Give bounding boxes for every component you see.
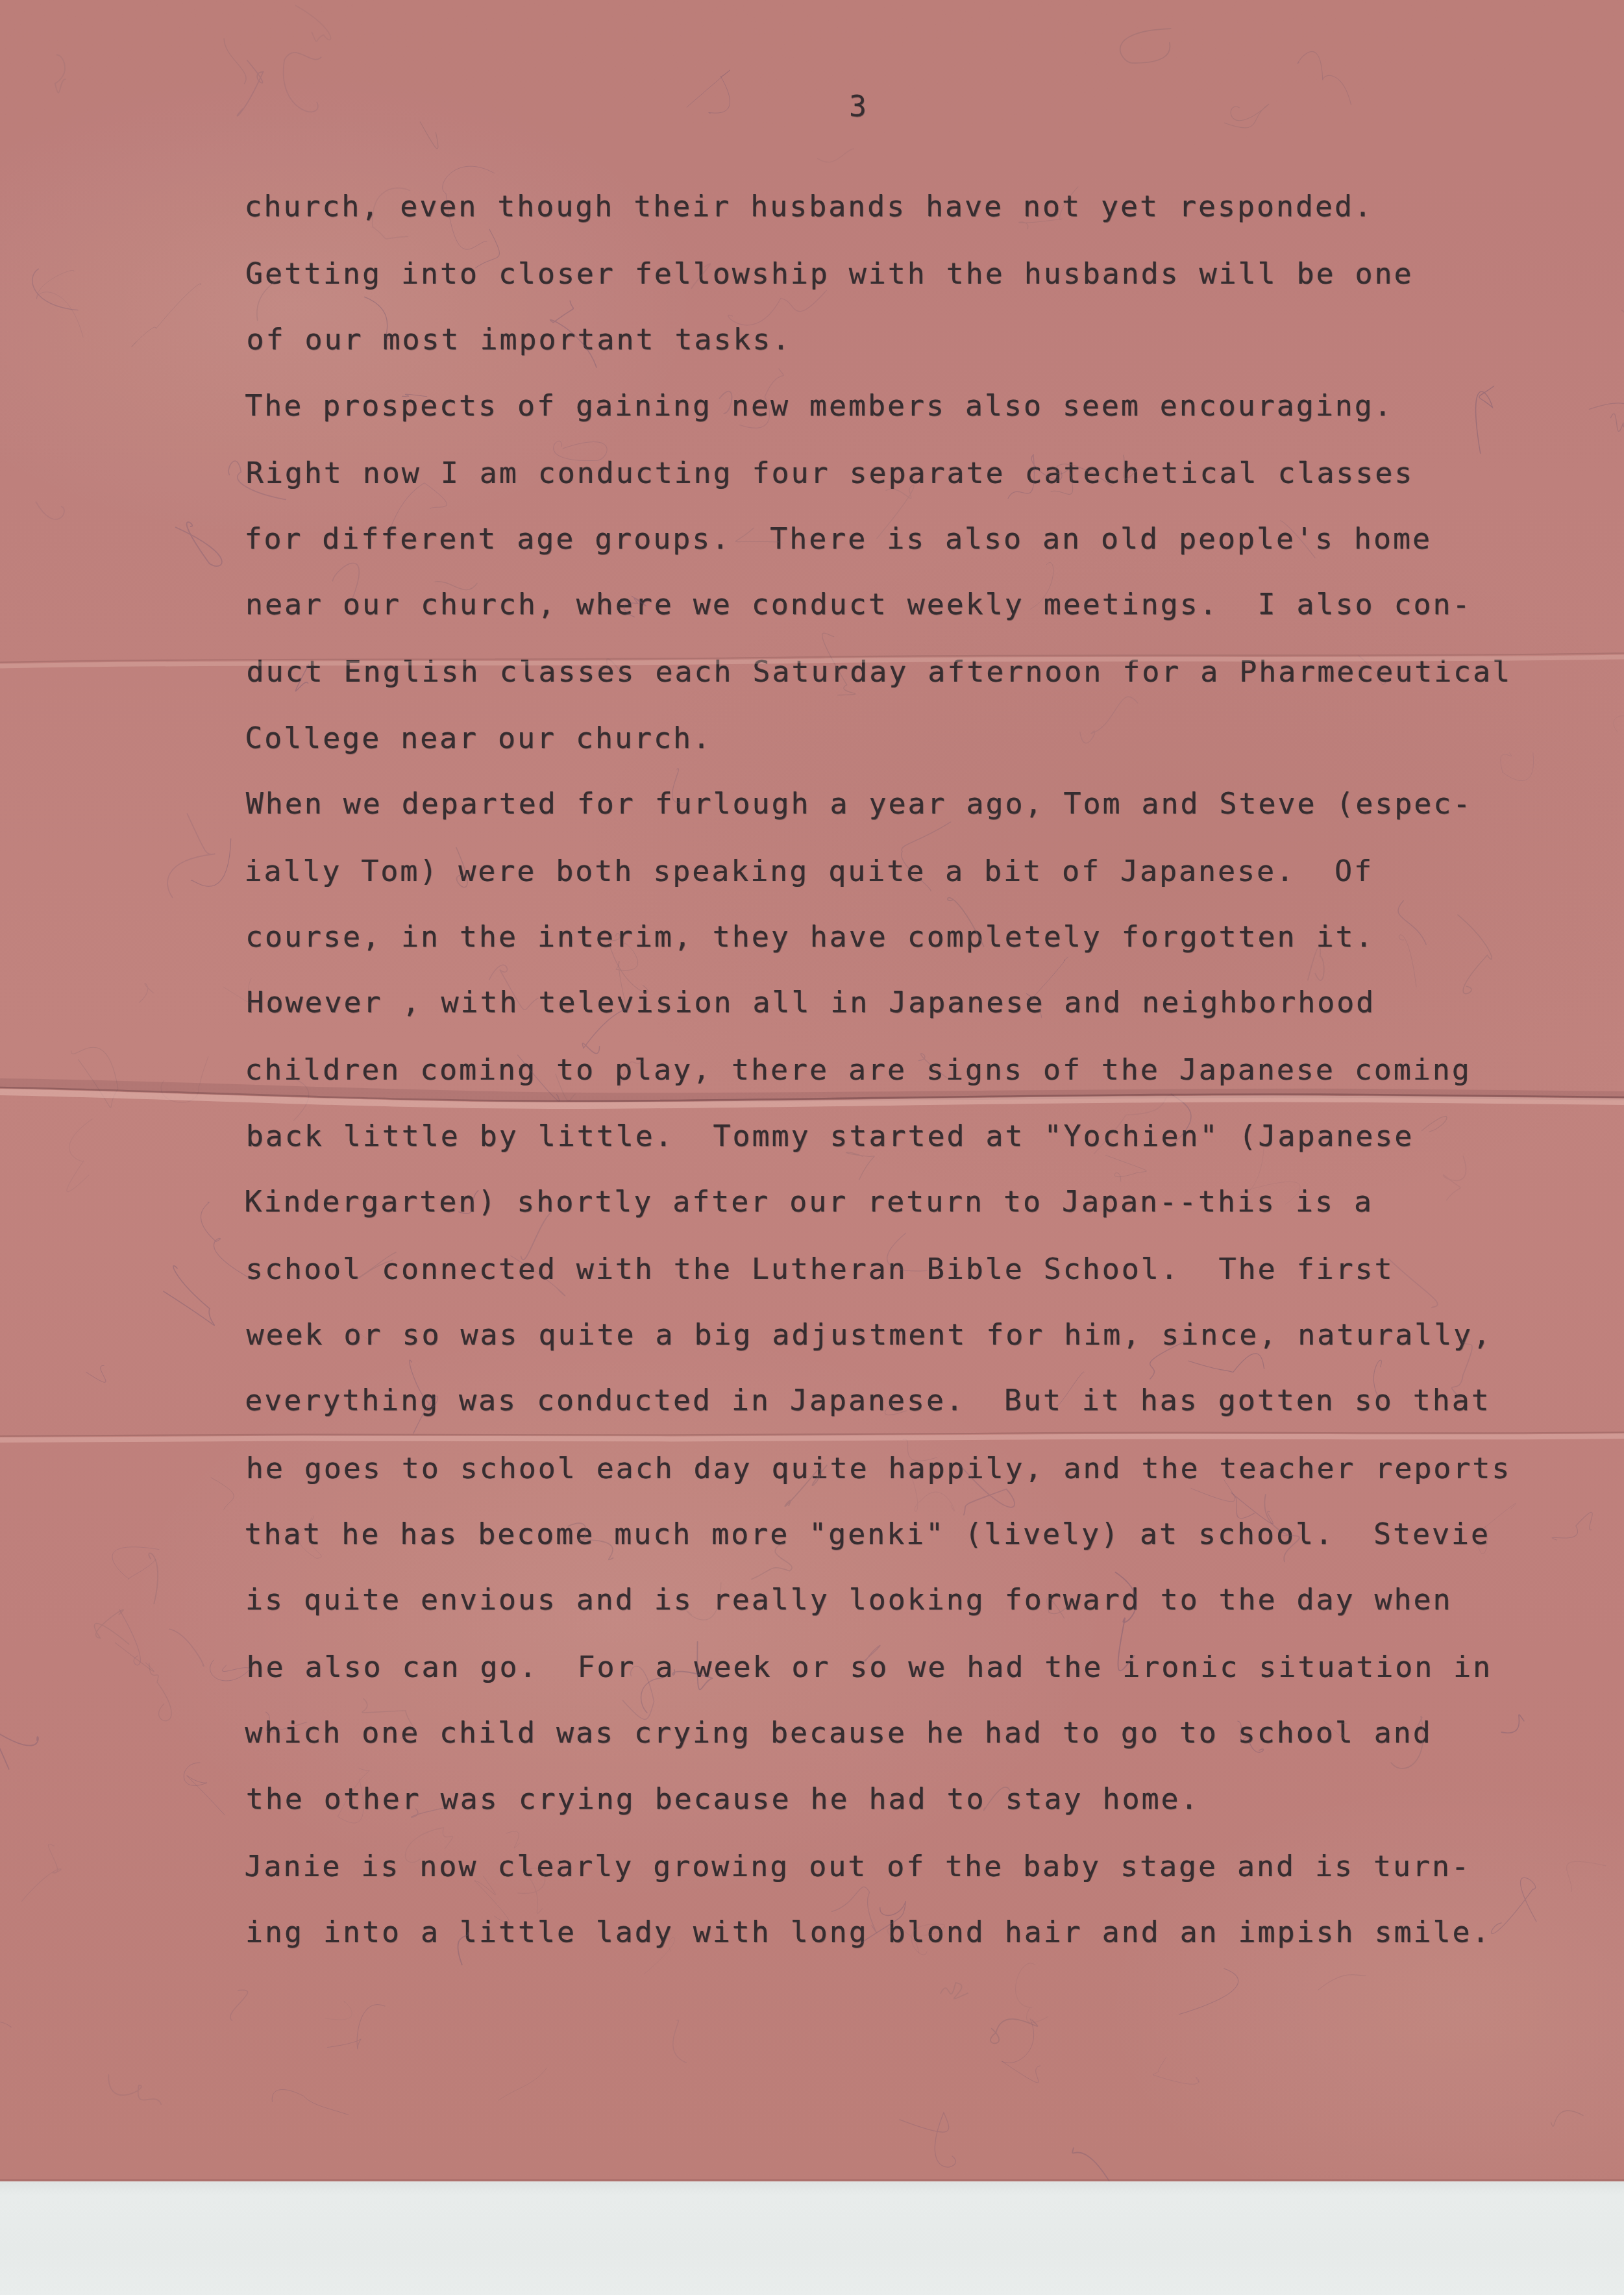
paper-fiber — [0, 1724, 38, 1769]
typed-line: Janie is now clearly growing out of the … — [244, 1833, 1509, 1899]
typed-line: is quite envious and is really looking f… — [245, 1567, 1511, 1633]
paper-fiber — [1224, 104, 1269, 128]
paper-fiber — [224, 39, 246, 84]
paper-fiber — [161, 1056, 208, 1102]
paper-fiber — [149, 1553, 158, 1604]
paper-fiber — [1567, 1861, 1606, 1891]
paper-fiber — [176, 522, 222, 566]
paper-fiber — [0, 2022, 11, 2034]
typed-line: week or so was quite a big adjustment fo… — [247, 1302, 1512, 1368]
paper-fiber — [1072, 2148, 1115, 2181]
paper-fiber — [36, 502, 64, 519]
paper-fiber — [687, 70, 730, 114]
paper-fiber — [296, 6, 331, 42]
typed-line: the other was crying because he had to s… — [246, 1766, 1512, 1832]
typed-line: Kindergarten) shortly after our return t… — [244, 1169, 1509, 1235]
paper-fiber — [94, 1609, 129, 1644]
paper-fiber — [191, 839, 230, 886]
paper-fiber — [139, 984, 153, 1003]
typed-line: near our church, where we conduct weekly… — [245, 571, 1511, 638]
paper-fiber — [272, 2089, 348, 2115]
typed-line: duct English classes each Saturday after… — [247, 639, 1512, 705]
typed-line: he goes to school each day quite happily… — [246, 1435, 1512, 1501]
paper-fiber — [37, 270, 83, 337]
typed-line: When we departed for furlough a year ago… — [246, 771, 1512, 837]
paper-fiber — [32, 269, 78, 310]
pink-paper-sheet: 3 church, even though their husbands hav… — [0, 0, 1624, 2181]
paper-fiber — [211, 1478, 234, 1509]
typed-line: ially Tom) were both speaking quite a bi… — [244, 838, 1509, 904]
paper-fiber — [164, 1266, 215, 1326]
paper-fiber — [990, 2019, 1037, 2044]
paper-fiber — [284, 53, 321, 112]
typed-line: The prospects of gaining new members als… — [245, 373, 1510, 439]
typed-line: However , with television all in Japanes… — [247, 969, 1512, 1036]
typed-line: that he has become much more "genki" (li… — [244, 1501, 1509, 1567]
paper-fiber — [1552, 1512, 1592, 1540]
paper-fiber — [1614, 715, 1624, 781]
paper-fiber — [1179, 1968, 1238, 2015]
paper-fiber — [1621, 310, 1624, 341]
typed-line: school connected with the Lutheran Bible… — [245, 1236, 1511, 1302]
typed-line: Right now I am conducting four separate … — [246, 440, 1512, 506]
paper-fiber — [149, 1663, 171, 1721]
paper-fiber — [115, 1643, 154, 1671]
paper-fiber — [184, 1763, 225, 1815]
paper-fiber — [237, 60, 263, 116]
typed-line: everything was conducted in Japanese. Bu… — [245, 1368, 1510, 1434]
paper-fiber — [169, 1629, 204, 1666]
paper-fiber — [1002, 2019, 1040, 2083]
paper-fiber — [201, 1202, 251, 1279]
typed-line: College near our church. — [245, 705, 1510, 771]
scanned-letter-page: 3 church, even though their husbands hav… — [0, 0, 1624, 2295]
paper-fiber — [71, 1047, 118, 1108]
paper-fiber — [132, 284, 201, 347]
typed-line: ing into a little lady with long blond h… — [245, 1899, 1511, 1965]
paper-fiber — [673, 2020, 687, 2063]
paper-fiber — [1551, 2111, 1583, 2126]
paper-fiber — [900, 2113, 955, 2167]
typed-line: for different age groups. There is also … — [244, 506, 1509, 572]
paper-fiber — [1153, 2057, 1199, 2084]
paper-fiber — [108, 2075, 161, 2104]
paper-fiber — [21, 1844, 61, 1901]
typed-line: he also can go. For a week or so we had … — [247, 1634, 1512, 1700]
typed-line: children coming to play, there are signs… — [245, 1037, 1510, 1103]
paper-fiber — [941, 1983, 968, 1998]
paper-fiber — [230, 1990, 248, 2020]
typed-line: church, even though their husbands have … — [244, 173, 1509, 240]
paper-fiber — [818, 149, 854, 162]
typed-line: Getting into closer fellowship with the … — [245, 241, 1511, 307]
paper-fiber — [1318, 1974, 1366, 1990]
paper-fiber — [1298, 51, 1351, 105]
page-number: 3 — [849, 91, 867, 122]
paper-fiber — [86, 1365, 106, 1382]
scanner-background — [0, 2181, 1624, 2295]
paper-fiber — [210, 1660, 250, 1681]
paper-fiber — [328, 2004, 385, 2049]
typed-letter-body: church, even though their husbands have … — [245, 174, 1511, 1965]
paper-fiber — [1590, 403, 1624, 431]
typed-line: back little by little. Tommy started at … — [246, 1103, 1512, 1169]
paper-fiber — [420, 122, 438, 149]
paper-fiber — [167, 813, 215, 897]
paper-fiber — [1120, 29, 1171, 63]
paper-fiber — [498, 2068, 547, 2100]
paper-fiber — [325, 2001, 352, 2020]
paper-fiber — [112, 1547, 159, 1580]
paper-fiber — [119, 1609, 141, 1665]
typed-line: which one child was crying because he ha… — [245, 1700, 1510, 1766]
paper-fiber — [55, 55, 66, 93]
paper-fiber — [1016, 1963, 1048, 2022]
typed-line: of our most important tasks. — [247, 306, 1512, 373]
typed-line: course, in the interim, they have comple… — [245, 904, 1511, 970]
paper-fiber — [67, 1119, 92, 1192]
